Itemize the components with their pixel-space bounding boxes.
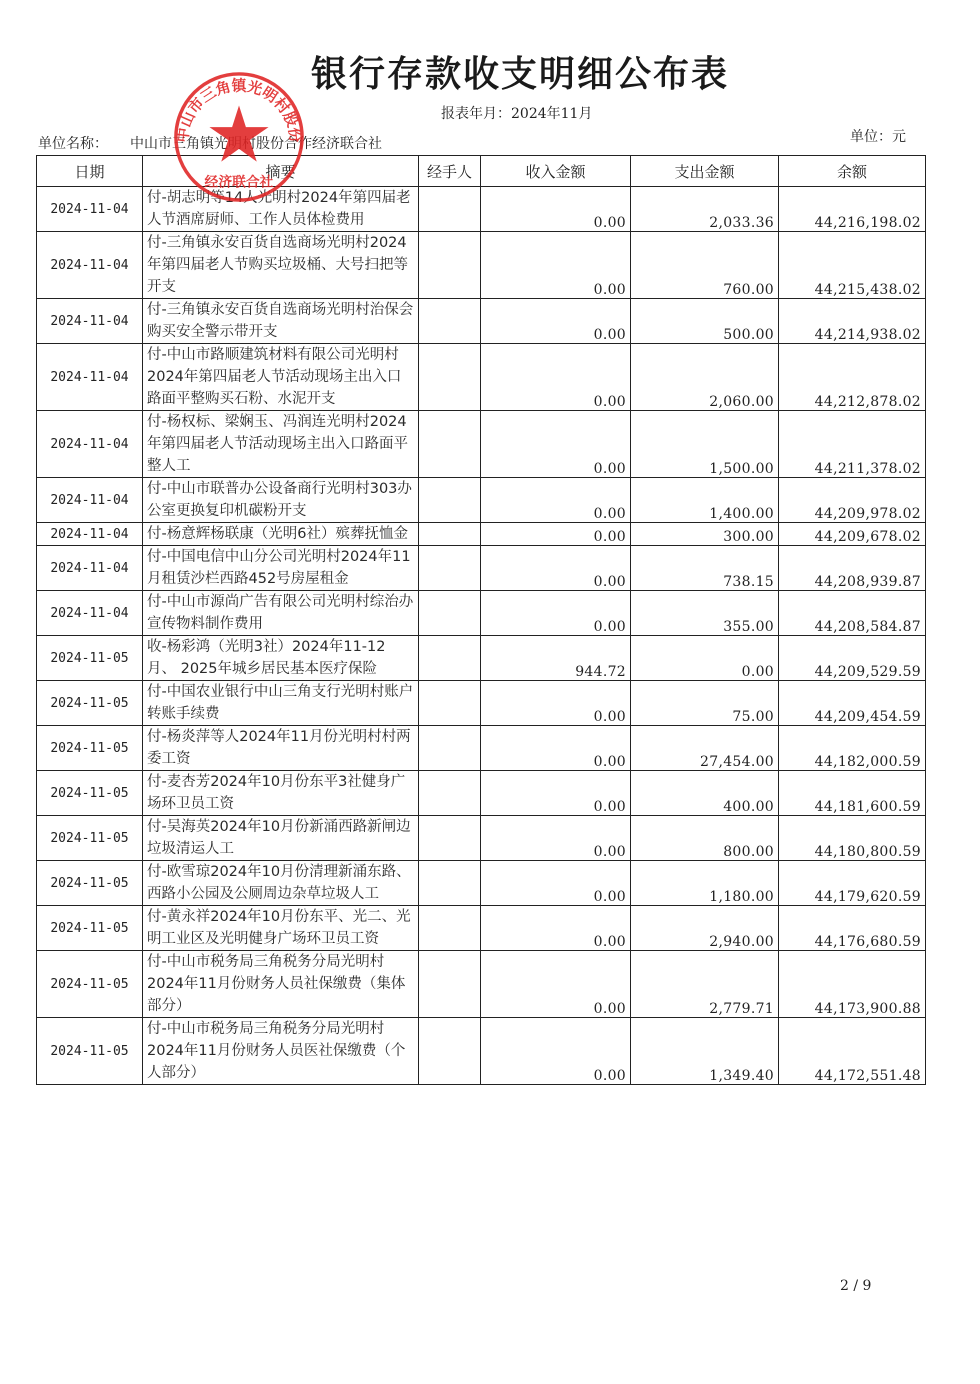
date-cell: 2024-11-04 [37, 478, 143, 523]
summary-cell: 付-中国电信中山分公司光明村2024年11月租赁沙栏西路452号房屋租金 [143, 546, 419, 591]
table-row: 2024-11-05付-吴海英2024年10月份新涌西路新闸边垃圾清运人工0.0… [37, 816, 926, 861]
header-handler: 经手人 [419, 156, 481, 187]
date-cell: 2024-11-04 [37, 546, 143, 591]
table-row: 2024-11-05收-杨彩鸿（光明3社）2024年11-12月、 2025年城… [37, 636, 926, 681]
expense-cell: 300.00 [631, 523, 779, 546]
handler-cell [419, 299, 481, 344]
ledger-table: 日期 摘要 经手人 收入金额 支出金额 余额 2024-11-04付-胡志明等1… [36, 155, 926, 1085]
balance-cell: 44,212,878.02 [779, 344, 926, 411]
expense-cell: 2,033.36 [631, 187, 779, 232]
balance-cell: 44,180,800.59 [779, 816, 926, 861]
date-cell: 2024-11-05 [37, 906, 143, 951]
table-row: 2024-11-04付-杨意辉杨联康（光明6社）殡葬抚恤金0.00300.004… [37, 523, 926, 546]
summary-cell: 付-中山市税务局三角税务分局光明村2024年11月份财务人员社保缴费（集体部分） [143, 951, 419, 1018]
balance-cell: 44,216,198.02 [779, 187, 926, 232]
income-cell: 0.00 [481, 523, 631, 546]
expense-cell: 1,180.00 [631, 861, 779, 906]
income-cell: 0.00 [481, 951, 631, 1018]
handler-cell [419, 861, 481, 906]
expense-cell: 1,500.00 [631, 411, 779, 478]
table-row: 2024-11-04付-杨权标、梁娴玉、冯润连光明村2024年第四届老人节活动现… [37, 411, 926, 478]
summary-cell: 付-杨炎萍等人2024年11月份光明村村两委工资 [143, 726, 419, 771]
balance-cell: 44,208,584.87 [779, 591, 926, 636]
balance-cell: 44,211,378.02 [779, 411, 926, 478]
summary-cell: 付-胡志明等14人光明村2024年第四届老人节酒席厨师、工作人员体检费用 [143, 187, 419, 232]
handler-cell [419, 546, 481, 591]
summary-cell: 付-三角镇永安百货自选商场光明村2024年第四届老人节购买垃圾桶、大号扫把等开支 [143, 232, 419, 299]
handler-cell [419, 478, 481, 523]
table-row: 2024-11-04付-胡志明等14人光明村2024年第四届老人节酒席厨师、工作… [37, 187, 926, 232]
expense-cell: 400.00 [631, 771, 779, 816]
handler-cell [419, 771, 481, 816]
handler-cell [419, 344, 481, 411]
summary-cell: 付-杨意辉杨联康（光明6社）殡葬抚恤金 [143, 523, 419, 546]
summary-cell: 付-欧雪琼2024年10月份清理新涌东路、西路小公园及公厕周边杂草垃圾人工 [143, 861, 419, 906]
income-cell: 0.00 [481, 546, 631, 591]
expense-cell: 800.00 [631, 816, 779, 861]
report-period-value: 2024年11月 [511, 106, 592, 122]
balance-cell: 44,209,529.59 [779, 636, 926, 681]
date-cell: 2024-11-04 [37, 299, 143, 344]
handler-cell [419, 816, 481, 861]
table-row: 2024-11-05付-欧雪琼2024年10月份清理新涌东路、西路小公园及公厕周… [37, 861, 926, 906]
summary-cell: 付-麦杏芳2024年10月份东平3社健身广场环卫员工资 [143, 771, 419, 816]
header-date: 日期 [37, 156, 143, 187]
summary-cell: 付-中国农业银行中山三角支行光明村账户转账手续费 [143, 681, 419, 726]
date-cell: 2024-11-05 [37, 861, 143, 906]
table-row: 2024-11-05付-杨炎萍等人2024年11月份光明村村两委工资0.0027… [37, 726, 926, 771]
expense-cell: 1,349.40 [631, 1018, 779, 1085]
expense-cell: 2,940.00 [631, 906, 779, 951]
table-row: 2024-11-05付-黄永祥2024年10月份东平、光二、光明工业区及光明健身… [37, 906, 926, 951]
header-income: 收入金额 [481, 156, 631, 187]
currency-unit: 单位：元 [850, 126, 906, 146]
income-cell: 0.00 [481, 344, 631, 411]
report-period: 报表年月：2024年11月 [441, 103, 592, 123]
summary-cell: 付-中山市源尚广告有限公司光明村综治办宣传物料制作费用 [143, 591, 419, 636]
date-cell: 2024-11-04 [37, 591, 143, 636]
balance-cell: 44,215,438.02 [779, 232, 926, 299]
balance-cell: 44,173,900.88 [779, 951, 926, 1018]
date-cell: 2024-11-05 [37, 1018, 143, 1085]
summary-cell: 付-中山市税务局三角税务分局光明村2024年11月份财务人员医社保缴费（个人部分… [143, 1018, 419, 1085]
balance-cell: 44,172,551.48 [779, 1018, 926, 1085]
income-cell: 0.00 [481, 681, 631, 726]
handler-cell [419, 591, 481, 636]
balance-cell: 44,209,978.02 [779, 478, 926, 523]
date-cell: 2024-11-04 [37, 187, 143, 232]
income-cell: 0.00 [481, 771, 631, 816]
balance-cell: 44,179,620.59 [779, 861, 926, 906]
income-cell: 0.00 [481, 906, 631, 951]
summary-cell: 付-杨权标、梁娴玉、冯润连光明村2024年第四届老人节活动现场主出入口路面平整人… [143, 411, 419, 478]
expense-cell: 500.00 [631, 299, 779, 344]
handler-cell [419, 232, 481, 299]
date-cell: 2024-11-05 [37, 726, 143, 771]
page-indicator: 2 / 9 [840, 1278, 871, 1294]
summary-cell: 付-中山市路顺建筑材料有限公司光明村2024年第四届老人节活动现场主出入口路面平… [143, 344, 419, 411]
date-cell: 2024-11-04 [37, 344, 143, 411]
handler-cell [419, 906, 481, 951]
handler-cell [419, 523, 481, 546]
report-period-label: 报表年月： [441, 106, 511, 122]
date-cell: 2024-11-04 [37, 232, 143, 299]
balance-cell: 44,181,600.59 [779, 771, 926, 816]
balance-cell: 44,182,000.59 [779, 726, 926, 771]
expense-cell: 760.00 [631, 232, 779, 299]
date-cell: 2024-11-04 [37, 523, 143, 546]
income-cell: 0.00 [481, 478, 631, 523]
income-cell: 0.00 [481, 591, 631, 636]
income-cell: 0.00 [481, 187, 631, 232]
expense-cell: 0.00 [631, 636, 779, 681]
table-header-row: 日期 摘要 经手人 收入金额 支出金额 余额 [37, 156, 926, 187]
document-title: 银行存款收支明细公布表 [0, 46, 980, 97]
expense-cell: 75.00 [631, 681, 779, 726]
table-row: 2024-11-05付-中山市税务局三角税务分局光明村2024年11月份财务人员… [37, 1018, 926, 1085]
summary-cell: 付-吴海英2024年10月份新涌西路新闸边垃圾清运人工 [143, 816, 419, 861]
expense-cell: 1,400.00 [631, 478, 779, 523]
handler-cell [419, 636, 481, 681]
summary-cell: 付-中山市联普办公设备商行光明村303办公室更换复印机碳粉开支 [143, 478, 419, 523]
date-cell: 2024-11-05 [37, 636, 143, 681]
income-cell: 0.00 [481, 726, 631, 771]
income-cell: 944.72 [481, 636, 631, 681]
handler-cell [419, 187, 481, 232]
table-row: 2024-11-05付-中山市税务局三角税务分局光明村2024年11月份财务人员… [37, 951, 926, 1018]
unit-name-label: 单位名称： [38, 133, 108, 153]
expense-cell: 2,779.71 [631, 951, 779, 1018]
table-row: 2024-11-04付-中国电信中山分公司光明村2024年11月租赁沙栏西路45… [37, 546, 926, 591]
header-summary: 摘要 [143, 156, 419, 187]
ledger-body: 2024-11-04付-胡志明等14人光明村2024年第四届老人节酒席厨师、工作… [37, 187, 926, 1085]
date-cell: 2024-11-05 [37, 816, 143, 861]
header-expense: 支出金额 [631, 156, 779, 187]
expense-cell: 27,454.00 [631, 726, 779, 771]
expense-cell: 355.00 [631, 591, 779, 636]
date-cell: 2024-11-05 [37, 771, 143, 816]
summary-cell: 付-三角镇永安百货自选商场光明村治保会购买安全警示带开支 [143, 299, 419, 344]
summary-cell: 付-黄永祥2024年10月份东平、光二、光明工业区及光明健身广场环卫员工资 [143, 906, 419, 951]
summary-cell: 收-杨彩鸿（光明3社）2024年11-12月、 2025年城乡居民基本医疗保险 [143, 636, 419, 681]
table-row: 2024-11-04付-中山市路顺建筑材料有限公司光明村2024年第四届老人节活… [37, 344, 926, 411]
balance-cell: 44,214,938.02 [779, 299, 926, 344]
date-cell: 2024-11-05 [37, 951, 143, 1018]
table-row: 2024-11-04付-中山市源尚广告有限公司光明村综治办宣传物料制作费用0.0… [37, 591, 926, 636]
unit-name-value: 中山市三角镇光明村股份合作经济联合社 [130, 133, 382, 153]
date-cell: 2024-11-05 [37, 681, 143, 726]
date-cell: 2024-11-04 [37, 411, 143, 478]
table-row: 2024-11-04付-三角镇永安百货自选商场光明村2024年第四届老人节购买垃… [37, 232, 926, 299]
handler-cell [419, 726, 481, 771]
income-cell: 0.00 [481, 232, 631, 299]
income-cell: 0.00 [481, 816, 631, 861]
handler-cell [419, 951, 481, 1018]
table-row: 2024-11-05付-中国农业银行中山三角支行光明村账户转账手续费0.0075… [37, 681, 926, 726]
balance-cell: 44,209,678.02 [779, 523, 926, 546]
income-cell: 0.00 [481, 861, 631, 906]
balance-cell: 44,209,454.59 [779, 681, 926, 726]
expense-cell: 2,060.00 [631, 344, 779, 411]
balance-cell: 44,176,680.59 [779, 906, 926, 951]
handler-cell [419, 681, 481, 726]
income-cell: 0.00 [481, 411, 631, 478]
income-cell: 0.00 [481, 1018, 631, 1085]
table-row: 2024-11-05付-麦杏芳2024年10月份东平3社健身广场环卫员工资0.0… [37, 771, 926, 816]
table-row: 2024-11-04付-中山市联普办公设备商行光明村303办公室更换复印机碳粉开… [37, 478, 926, 523]
handler-cell [419, 1018, 481, 1085]
header-balance: 余额 [779, 156, 926, 187]
handler-cell [419, 411, 481, 478]
income-cell: 0.00 [481, 299, 631, 344]
balance-cell: 44,208,939.87 [779, 546, 926, 591]
expense-cell: 738.15 [631, 546, 779, 591]
table-row: 2024-11-04付-三角镇永安百货自选商场光明村治保会购买安全警示带开支0.… [37, 299, 926, 344]
